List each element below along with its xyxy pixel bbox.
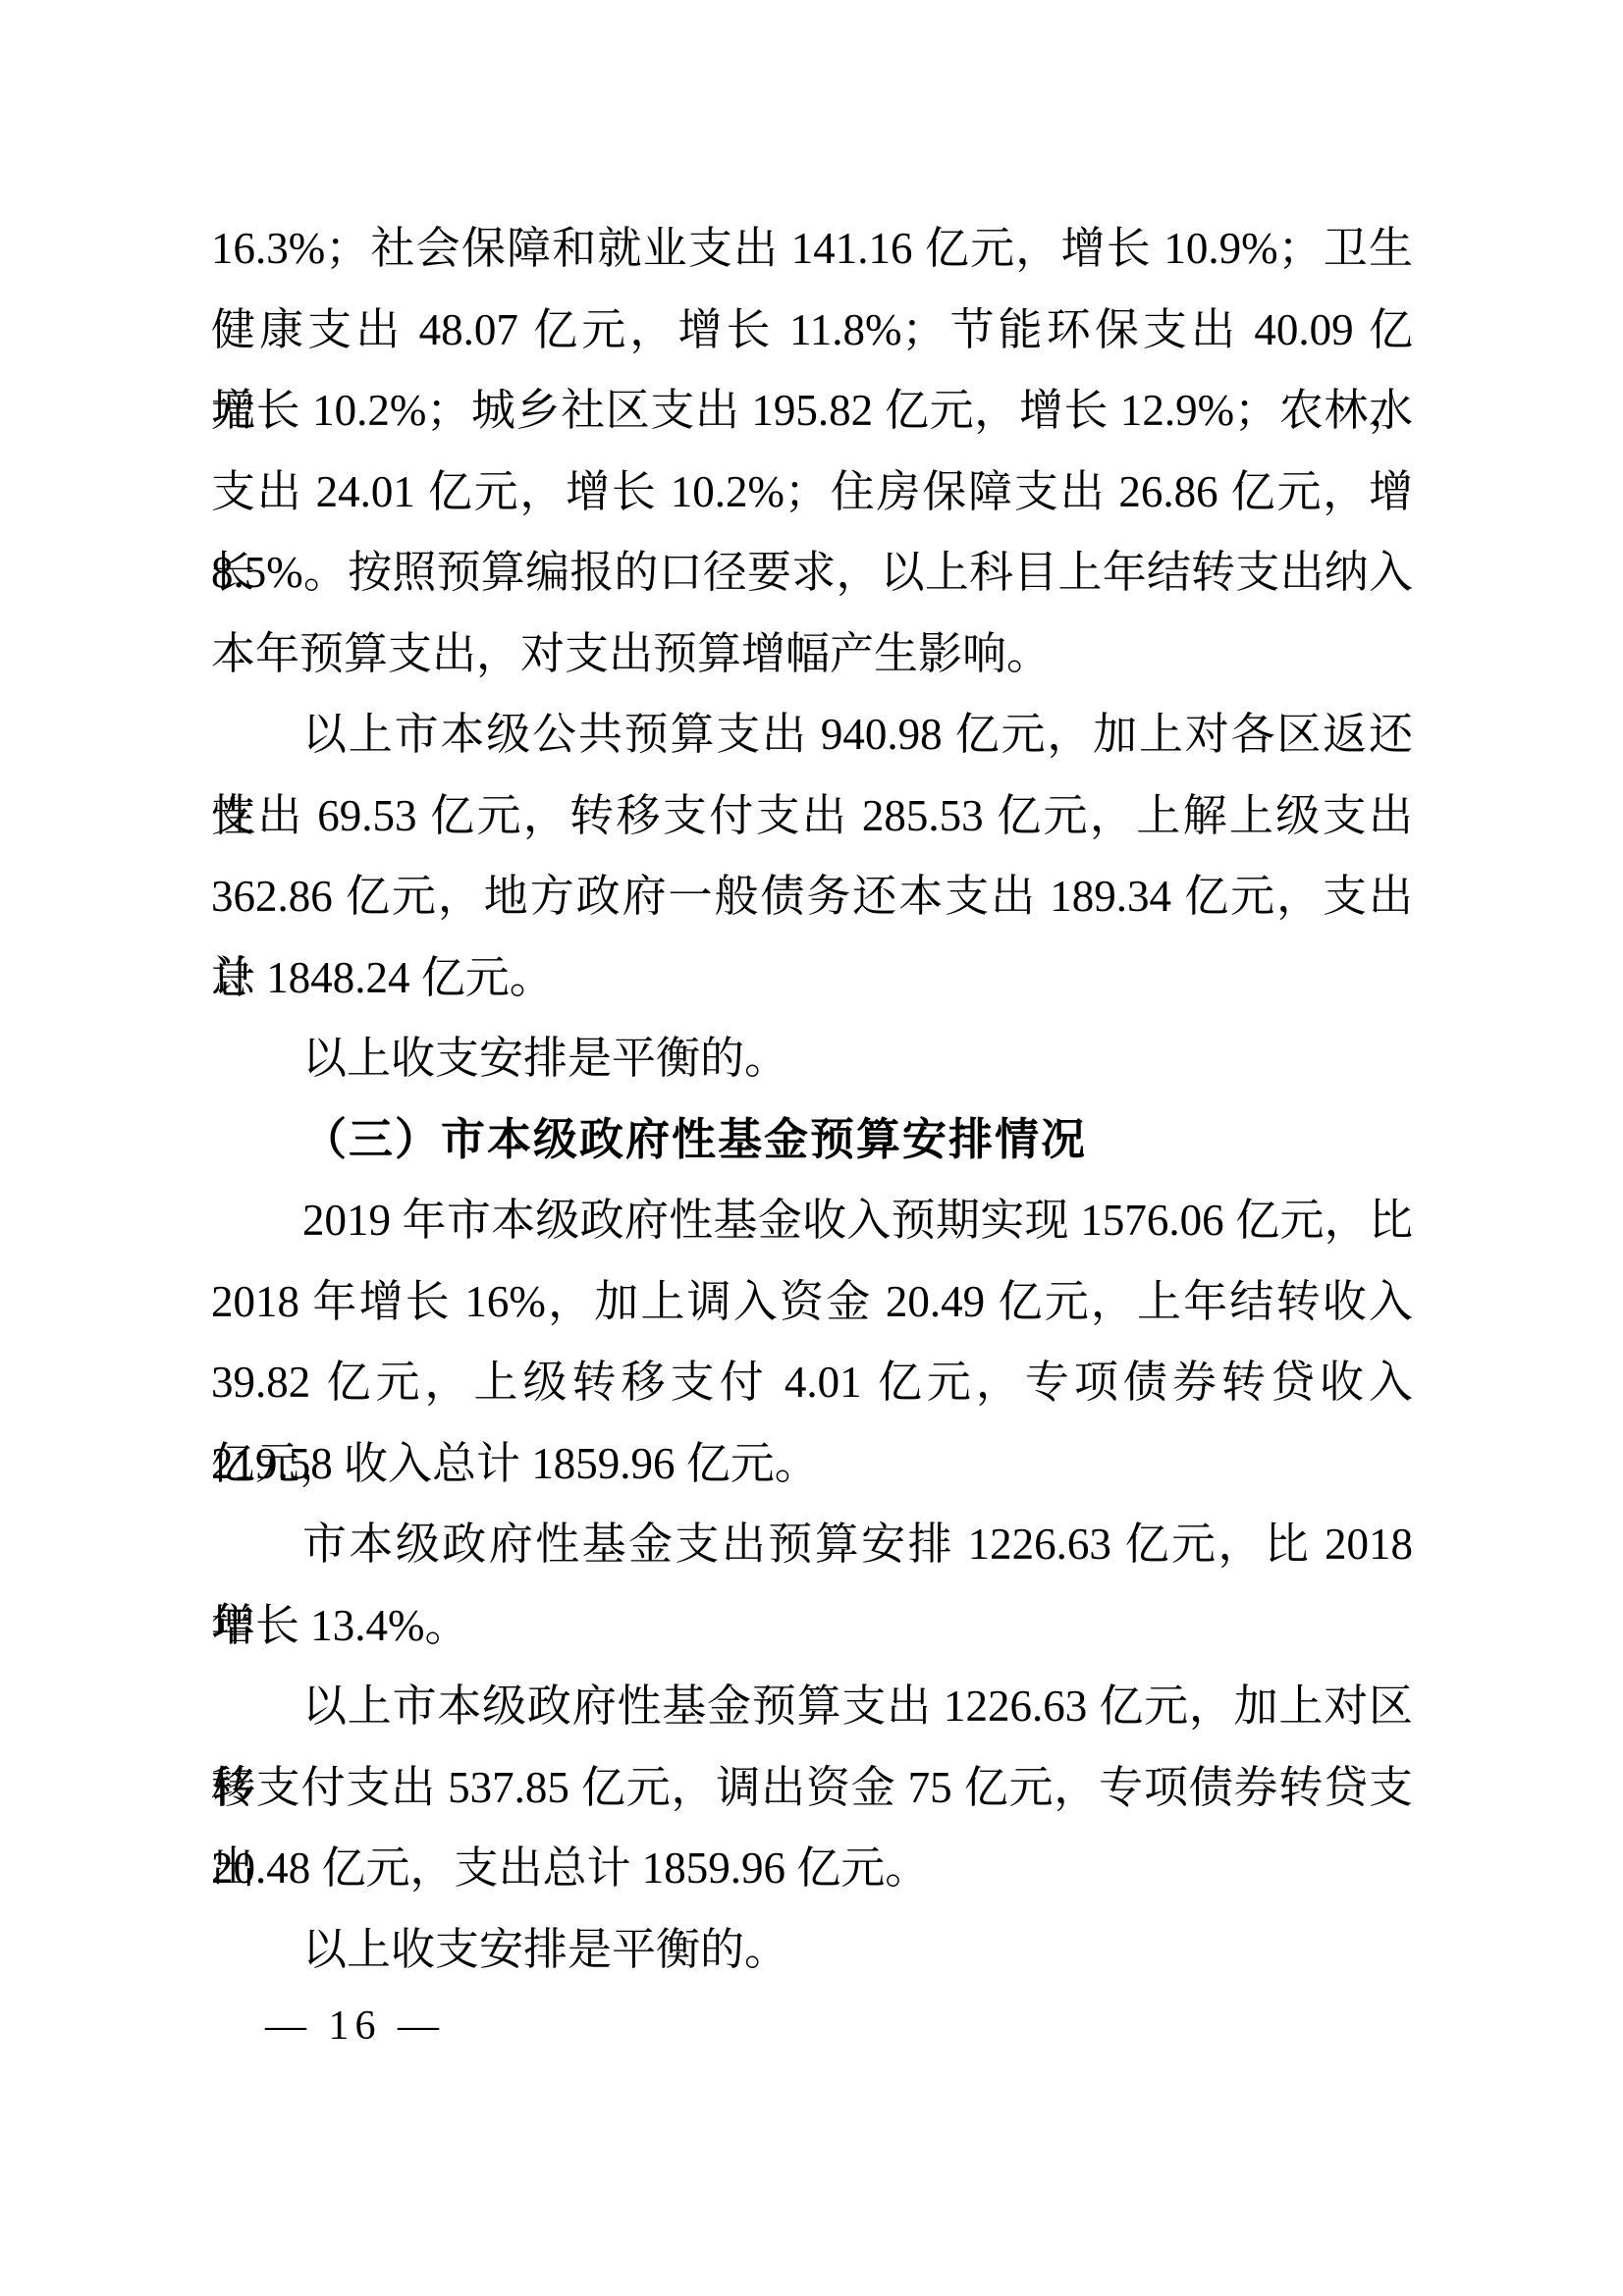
- text-line: 支出 69.53 亿元，转移支付支出 285.53 亿元，上解上级支出: [211, 775, 1413, 857]
- text-line: 增长 13.4%。: [211, 1585, 1413, 1667]
- document-page: 16.3%；社会保障和就业支出 141.16 亿元，增长 10.9%；卫生健康支…: [0, 0, 1623, 2296]
- text-line: 移支付支出 537.85 亿元，调出资金 75 亿元，专项债券转贷支出: [211, 1747, 1413, 1829]
- text-line: 市本级政府性基金支出预算安排 1226.63 亿元，比 2018 年: [211, 1504, 1413, 1585]
- text-line: 本年预算支出，对支出预算增幅产生影响。: [211, 614, 1413, 695]
- section-heading: （三）市本级政府性基金预算安排情况: [211, 1099, 1413, 1181]
- text-line: 以上市本级政府性基金预算支出 1226.63 亿元，加上对区转: [211, 1666, 1413, 1747]
- text-line: 以上收支安排是平衡的。: [211, 1018, 1413, 1099]
- text-line: 以上市本级公共预算支出 940.98 亿元，加上对各区返还性: [211, 694, 1413, 775]
- page-number: — 16 —: [265, 2003, 445, 2049]
- text-line: 支出 24.01 亿元，增长 10.2%；住房保障支出 26.86 亿元，增长: [211, 452, 1413, 533]
- text-line: 计 1848.24 亿元。: [211, 937, 1413, 1019]
- text-line: 亿元，收入总计 1859.96 亿元。: [211, 1423, 1413, 1505]
- text-line: 2019 年市本级政府性基金收入预期实现 1576.06 亿元，比: [211, 1180, 1413, 1261]
- text-line: 2018 年增长 16%，加上调入资金 20.49 亿元，上年结转收入: [211, 1261, 1413, 1343]
- text-line: 16.3%；社会保障和就业支出 141.16 亿元，增长 10.9%；卫生: [211, 208, 1413, 290]
- text-line: 健康支出 48.07 亿元，增长 11.8%；节能环保支出 40.09 亿元，: [211, 290, 1413, 371]
- text-line: 8.5%。按照预算编报的口径要求，以上科目上年结转支出纳入: [211, 532, 1413, 614]
- page-footer: — 16 —: [265, 2001, 445, 2052]
- text-line: 39.82 亿元，上级转移支付 4.01 亿元，专项债券转贷收入 219.58: [211, 1342, 1413, 1423]
- text-line: 20.48 亿元，支出总计 1859.96 亿元。: [211, 1828, 1413, 1909]
- text-line: 增长 10.2%；城乡社区支出 195.82 亿元，增长 12.9%；农林水: [211, 370, 1413, 452]
- document-body: 16.3%；社会保障和就业支出 141.16 亿元，增长 10.9%；卫生健康支…: [211, 208, 1413, 1990]
- text-line: 以上收支安排是平衡的。: [211, 1909, 1413, 1991]
- text-line: 362.86 亿元，地方政府一般债务还本支出 189.34 亿元，支出总: [211, 856, 1413, 937]
